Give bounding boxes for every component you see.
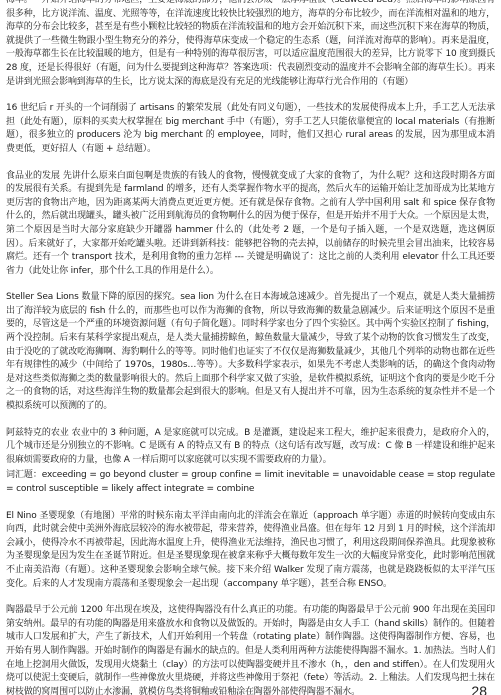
paragraph-sea-lions: Steller Sea Lions 数量下降的原因的探究。sea lion 为什… xyxy=(6,291,495,413)
paragraph-artisans: 16 世纪后 r 开头的一个词削弱了 artisans 的繁荣发展（此处有同义句… xyxy=(6,102,495,156)
paragraph-seaweed: 海草。一开始介绍海草的分布地区，主要是海底的部分，他们会形成一层厚厚植被（sea… xyxy=(6,0,495,89)
paragraph-spacer xyxy=(6,497,495,510)
paragraph-food-industry: 食品业的发展 先讲什么原来白面包啊是贵族的有钱人的食物，慢慢就变成了大家的食物了… xyxy=(6,170,495,279)
paragraph-el-nino: El Nino 圣婴现象（有地图）平常的时候东南太平洋由南向北的洋流会在靠近（a… xyxy=(6,510,495,592)
paragraph-vocabulary: 词汇题：exceeding = go beyond cluster = grou… xyxy=(6,469,495,496)
paragraph-spacer xyxy=(6,89,495,102)
paragraph-spacer xyxy=(6,157,495,170)
page-number: 28 xyxy=(471,683,487,695)
paragraph-spacer xyxy=(6,278,495,291)
paragraph-spacer xyxy=(6,414,495,427)
document-page: 海草。一开始介绍海草的分布地区，主要是海底的部分，他们会形成一层厚厚植被（sea… xyxy=(6,0,495,695)
paragraph-pottery: 陶器最早于公元前 1200 年出现在埃及，这使得陶器没有什么真正的功能。有功能的… xyxy=(6,604,495,695)
paragraph-spacer xyxy=(6,591,495,604)
paragraph-aztec-agriculture: 阿兹特克的农业 农业中的 3 种问题，A 是家庭就可以完成。B 是灌溉，建设起来… xyxy=(6,427,495,468)
